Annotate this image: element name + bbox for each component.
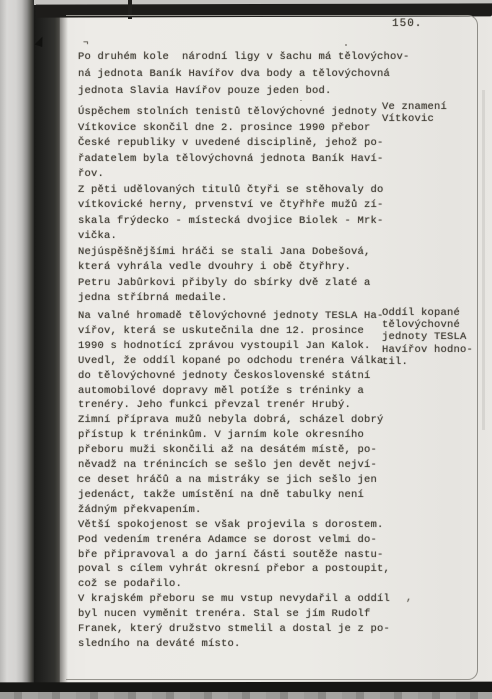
margin-note-tesla-havirov: Oddíl kopané tělovýchovné jednoty TESLA … <box>382 307 478 368</box>
paper-speck <box>300 100 302 101</box>
paper-texture-streak <box>482 90 485 430</box>
paragraph-chess-results: Po druhém kole národní ligy v šachu má t… <box>78 49 423 100</box>
paragraph-table-tennis-championship: Úspěchem stolních tenistů tělovýchovné j… <box>78 105 423 307</box>
paragraph-tesla-havirov-football-report: Na valné hromadě tělovýchovné jednoty TE… <box>78 309 423 652</box>
typewriter-stray-mark: ¬ <box>83 38 89 48</box>
scanned-document-page: 150. ¬ , Po druhém kole národní ligy v š… <box>0 0 492 699</box>
margin-note-vitkovice: Ve znamení Vítkovic <box>382 101 478 125</box>
book-binding-edge <box>0 0 34 699</box>
page-number: 150. <box>392 18 422 30</box>
binding-shadow <box>34 0 60 699</box>
paper-speck <box>345 44 347 46</box>
scan-bottom-edge <box>0 692 492 699</box>
